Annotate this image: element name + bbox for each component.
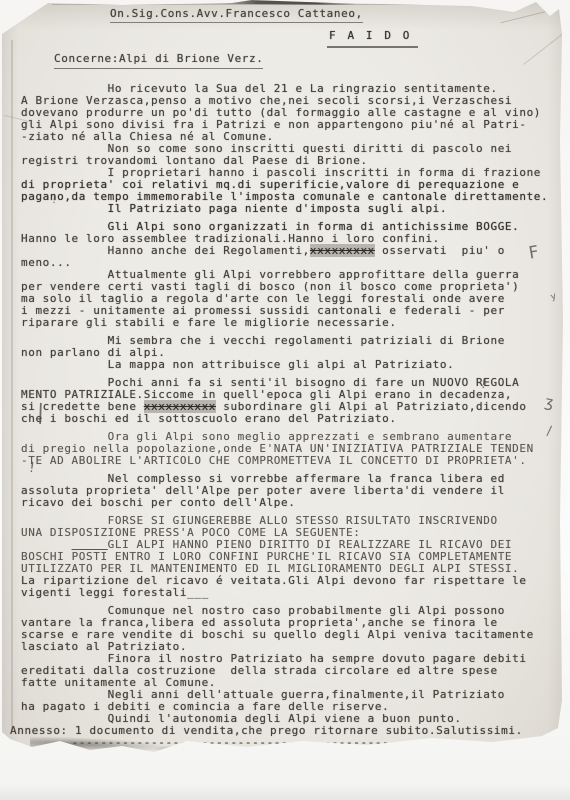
text-segment: osservati piu' o	[375, 244, 505, 257]
letter-page: On.Sig.Cons.Avv.Francesco Cattaneo, F A …	[2, 0, 564, 754]
left-fold-crease	[11, 40, 13, 730]
place-line: F A I D O	[327, 29, 418, 48]
text-line: vigenti leggi forestali___	[21, 587, 561, 599]
paragraph: Mi sembra che i vecchi regolamenti patri…	[21, 335, 561, 371]
text-segment: ----------------------------------------…	[21, 736, 404, 749]
top-left-corner-fold	[0, 0, 49, 32]
paragraph: Comunque nel nostro caso probabilmente g…	[21, 605, 561, 749]
text-segment: ricavo dei boschi per conto dell'Alpe.	[21, 496, 295, 509]
top-right-crease	[523, 32, 565, 65]
text-segment: riparare gli stabili e fare le migliorie…	[21, 316, 397, 329]
text-segment: vigenti leggi forestali___	[21, 586, 209, 599]
text-segment: -TE AD ABOLIRE L'ARTICOLO CHE COMPROMETT…	[21, 454, 527, 467]
letter-body: Ho ricevuto la Sua del 21 e La ringrazio…	[21, 83, 561, 755]
paper-top-edge-line	[52, 4, 492, 5]
text-segment: La mappa non attribuisce gli alpi al Pat…	[21, 358, 454, 371]
text-line: ricavo dei boschi per conto dell'Alpe.	[21, 497, 561, 509]
paragraph: FORSE SI GIUNGEREBBE ALLO STESSO RISULTA…	[21, 515, 561, 599]
paragraph: Ora gli Alpi sono meglio apprezzati e se…	[21, 431, 561, 467]
text-line: Il Patriziato paga niente d'imposta sugl…	[21, 203, 561, 215]
paragraph: Pochi anni fa si senti'il bisogno di far…	[21, 377, 561, 425]
text-segment: che i boschi ed il sottoscuolo erano del…	[21, 412, 397, 425]
paragraph: Ho ricevuto la Sua del 21 e La ringrazio…	[21, 83, 561, 215]
paragraph: Nel complesso si vorrebbe affermare la f…	[21, 473, 561, 509]
text-line: Hanno anche dei Regolamenti,xxxxxxxxx os…	[21, 245, 561, 257]
text-segment: Il Patriziato paga niente d'imposta sugl…	[21, 202, 447, 215]
text-line: -TE AD ABOLIRE L'ARTICOLO CHE COMPROMETT…	[21, 455, 561, 467]
paragraph: Gli Alpi sono organizzati in forma di an…	[21, 221, 561, 329]
recipient-line: On.Sig.Cons.Avv.Francesco Cattaneo,	[110, 7, 363, 23]
strike-text: xxxxxxxxx	[310, 244, 375, 257]
subject-line: Concerne:Alpi di Brione Verz.	[54, 52, 263, 69]
text-line: ----------------------------------------…	[21, 737, 561, 749]
text-line: riparare gli stabili e fare le migliorie…	[21, 317, 561, 329]
scanned-letter: On.Sig.Cons.Avv.Francesco Cattaneo, F A …	[0, 0, 570, 800]
text-line: che i boschi ed il sottoscuolo erano del…	[21, 413, 561, 425]
top-right-crease	[501, 10, 552, 24]
text-line: La mappa non attribuisce gli alpi al Pat…	[21, 359, 561, 371]
